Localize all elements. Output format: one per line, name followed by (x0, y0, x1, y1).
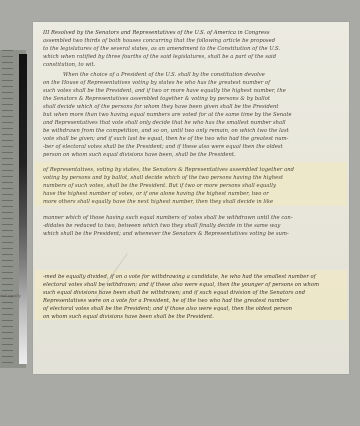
text-line: III Resolved by the Senators and Represe… (43, 30, 341, 36)
text-line: and Representatives that vote shall only… (43, 120, 341, 126)
text-line: Representatives were on a vote for a Pre… (43, 298, 341, 304)
text-line: voting by persons and by ballot, shall d… (43, 175, 341, 181)
text-line: shall decide which of the persons for wh… (43, 104, 341, 110)
text-line: of Representatives, voting by states, th… (43, 167, 341, 173)
text-line: which when ratified by three fourths of … (43, 54, 341, 60)
text-line: more others shall equally have the next … (43, 199, 341, 205)
margin-note: and equally (0, 294, 34, 298)
text-line: -didates be reduced to two, between whic… (43, 223, 341, 229)
text-line: to the legislatures of the several state… (43, 46, 341, 52)
text-line: on the House of Representatives voting b… (43, 80, 341, 86)
color-calibration-ruler (0, 50, 26, 368)
text-line: the Senators & Representatives assembled… (43, 96, 341, 102)
ruler-scale (2, 50, 13, 368)
text-line: When the choice of a President of the U.… (63, 72, 341, 78)
manuscript-page: III Resolved by the Senators and Represe… (33, 22, 349, 374)
text-line: -med be equally divided, if on a vote fo… (43, 274, 341, 280)
text-line: but when more than two having equal numb… (43, 112, 341, 118)
text-line: numbers of such votes, shall be the Pres… (43, 183, 341, 189)
text-line: constitution, to wit. (43, 62, 341, 68)
text-line: -ber of electoral votes shall be the Pre… (43, 144, 341, 150)
text-line: have the highest number of votes, or if … (43, 191, 341, 197)
text-line: be withdrawn from the competition, and s… (43, 128, 341, 134)
text-line: assembled two thirds of both houses conc… (43, 38, 341, 44)
text-line: electoral votes shall be withdrawn; and … (43, 282, 341, 288)
text-line: such equal divisions have been shall be … (43, 290, 341, 296)
grayscale-bar (19, 54, 27, 364)
text-line: manner which of those having such equal … (43, 215, 341, 221)
text-line: which shall be the President; and whenev… (43, 231, 341, 237)
text-line: person on whom such equal divisions have… (43, 152, 341, 158)
text-line: vote shall be given; and if such last be… (43, 136, 341, 142)
text-line: of electoral votes shall be the Presiden… (43, 306, 341, 312)
text-line: on whom such equal divisions have been s… (43, 314, 341, 320)
text-line: such votes shall be the President, and i… (43, 88, 341, 94)
